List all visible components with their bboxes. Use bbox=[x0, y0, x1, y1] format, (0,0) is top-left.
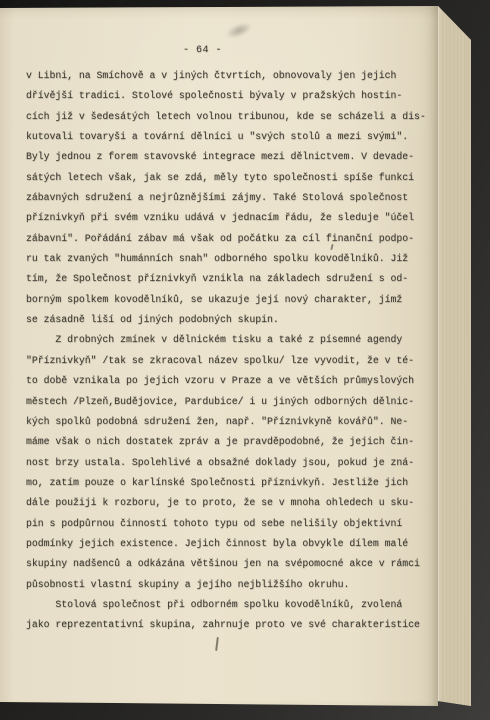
page-number: - 64 - bbox=[183, 45, 222, 56]
text-line: Stolová společnost při odborném spolku k… bbox=[26, 595, 436, 615]
text-line: jako reprezentativní skupina, zahrnuje p… bbox=[26, 615, 436, 635]
text-line: se zásadně liší od jiných podobných skup… bbox=[26, 310, 436, 330]
text-line: máme však o nich dostatek zpráv a je pra… bbox=[26, 432, 436, 452]
text-line: příznivkyň při svém vzniku udává v jedna… bbox=[26, 208, 436, 228]
text-line: to době vznikala po jejich vzoru v Praze… bbox=[26, 371, 436, 391]
text-line: kutovali tovaryši a tovární dělníci u "s… bbox=[26, 127, 436, 147]
text-line: Byly jednou z forem stavovské integrace … bbox=[26, 147, 436, 167]
pencil-mark bbox=[215, 637, 219, 651]
text-line: dále použiji k rozboru, je to proto, že … bbox=[26, 493, 436, 513]
text-line: mo, zatím pouze o karlínské Společnosti … bbox=[26, 473, 436, 493]
text-line: městech /Plzeň,Budějovice, Pardubice/ i … bbox=[26, 392, 436, 412]
book-fore-edge bbox=[438, 4, 471, 712]
text-line: zábavných sdružení a nejrůznějšími zájmy… bbox=[26, 188, 436, 208]
text-line: působnosti vlastní skupiny a jejího nejb… bbox=[26, 575, 436, 595]
scanned-page: - 64 - v Libni, na Smíchově a v jiných č… bbox=[0, 6, 438, 707]
text-line: sátých letech však, jak se zdá, měly tyt… bbox=[26, 168, 436, 188]
text-line: cích již v šedesátých letech volnou trib… bbox=[26, 107, 436, 127]
text-line: "Příznivkyň" /tak se zkracoval název spo… bbox=[26, 351, 436, 371]
text-block: v Libni, na Smíchově a v jiných čtvrtích… bbox=[26, 66, 436, 636]
text-line: borným spolkem kovodělníků, se ukazuje j… bbox=[26, 290, 436, 310]
text-line: ru tak zvaných "humánních snah" odbornéh… bbox=[26, 249, 436, 269]
text-line: Z drobných zmínek v dělnickém tisku a ta… bbox=[26, 330, 436, 350]
text-line: tím, že Společnost příznivkyň vznikla na… bbox=[26, 269, 436, 289]
text-line: podmínky jejich existence. Jejich činnos… bbox=[26, 534, 436, 554]
text-line: kých spolků podobná sdružení žen, např. … bbox=[26, 412, 436, 432]
text-line: zábavní". Pořádání zábav má však od počá… bbox=[26, 229, 436, 249]
smudge-mark bbox=[224, 19, 255, 42]
text-line: nost brzy ustala. Spolehlivé a obsažné d… bbox=[26, 453, 436, 473]
text-line: dřívější tradici. Stolové společnosti bý… bbox=[26, 86, 436, 106]
text-line: skupiny nadšenců a odkázána většinou jen… bbox=[26, 554, 436, 574]
text-line: pin s podpůrnou činností tohoto typu od … bbox=[26, 514, 436, 534]
text-line: v Libni, na Smíchově a v jiných čtvrtích… bbox=[26, 66, 436, 86]
